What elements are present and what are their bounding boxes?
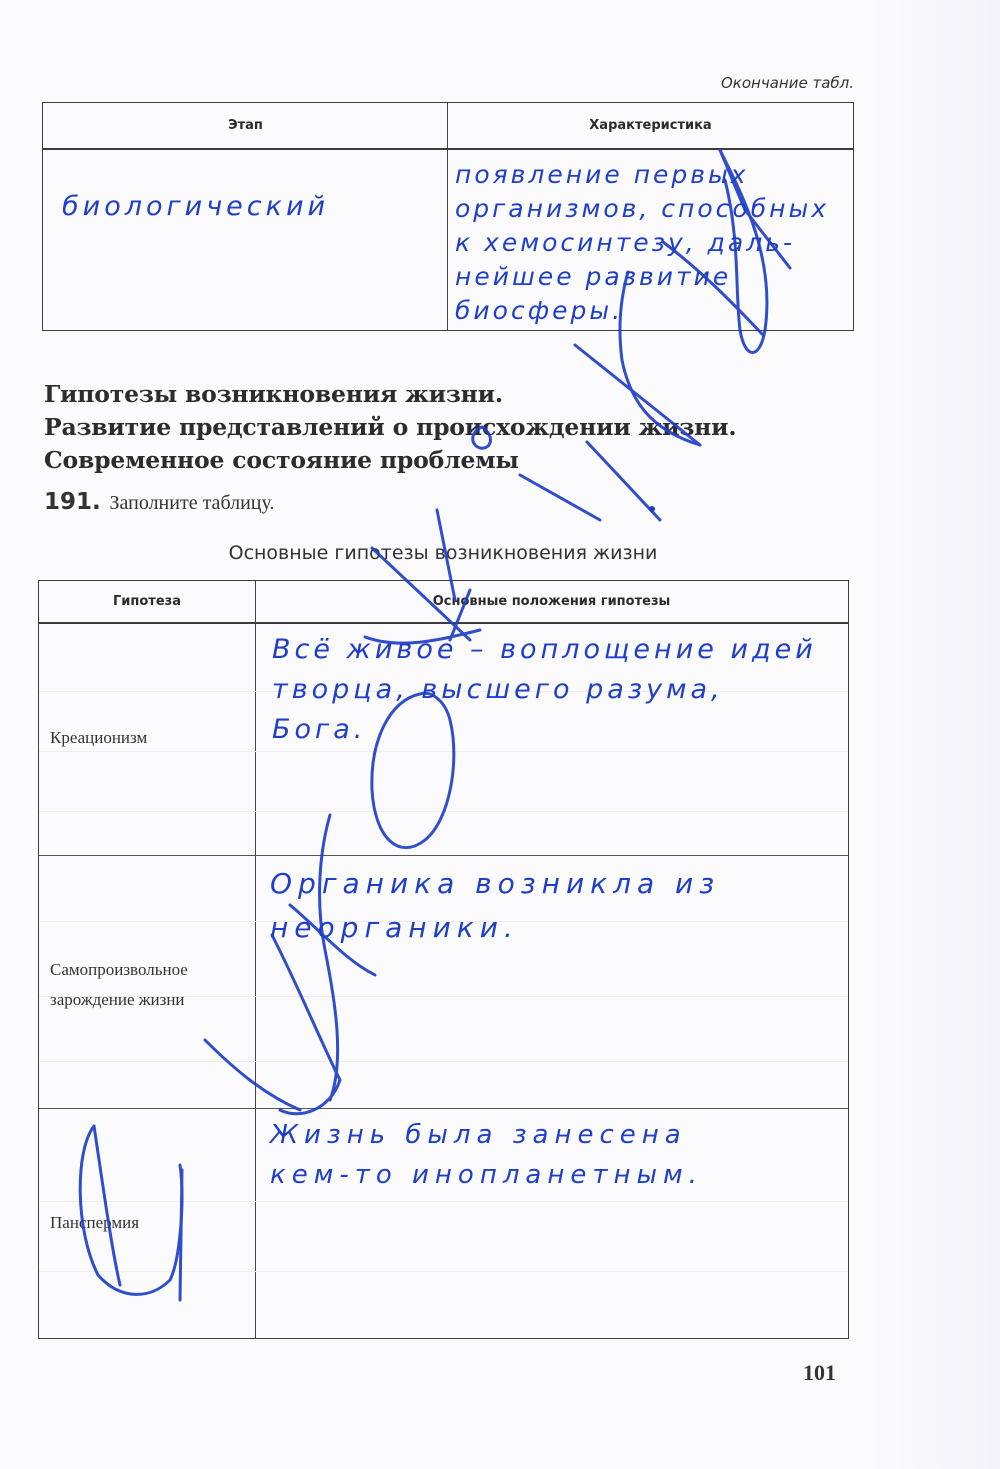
table-caption: Основные гипотезы возникновения жизни bbox=[38, 542, 848, 564]
continuation-label: Окончание табл. bbox=[721, 74, 854, 92]
hypothesis-spontaneous-generation: Самопроизвольное зарождение жизни bbox=[50, 955, 255, 1015]
row-divider bbox=[39, 855, 848, 856]
heading-line-2: Развитие представлений о происхождении ж… bbox=[44, 411, 736, 444]
page-number: 101 bbox=[803, 1360, 836, 1386]
header-main-points: Основные положения гипотезы bbox=[255, 581, 848, 622]
task-instruction: Заполните таблицу. bbox=[110, 492, 275, 514]
column-divider bbox=[447, 103, 448, 330]
heading-line-3: Современное состояние проблемы bbox=[44, 444, 736, 477]
handwritten-answer-creationism[interactable]: Всё живое – воплощение идей творца, высш… bbox=[272, 630, 817, 750]
heading-line-1: Гипотезы возникновения жизни. bbox=[44, 378, 736, 411]
hypotheses-table-header: Гипотеза Основные положения гипотезы bbox=[39, 581, 848, 624]
hypothesis-panspermia: Панспермия bbox=[50, 1208, 255, 1238]
handwritten-stage[interactable]: биологический bbox=[62, 192, 329, 222]
ruling-line bbox=[39, 811, 848, 812]
ruling-line bbox=[39, 1061, 848, 1062]
stage-table-header: Этап Характеристика bbox=[43, 103, 853, 150]
section-heading: Гипотезы возникновения жизни. Развитие п… bbox=[44, 378, 736, 477]
ink-dot bbox=[649, 506, 655, 512]
handwritten-characteristic[interactable]: появление первых организмов, способных к… bbox=[455, 158, 829, 328]
header-hypothesis: Гипотеза bbox=[39, 581, 255, 622]
page-edge-shadow bbox=[870, 0, 1000, 1469]
header-stage: Этап bbox=[43, 103, 448, 148]
handwritten-answer-panspermia[interactable]: Жизнь была занесена кем-то инопланетным. bbox=[270, 1115, 703, 1195]
header-characteristic: Характеристика bbox=[448, 103, 853, 148]
ruling-line bbox=[39, 1201, 848, 1202]
handwritten-answer-spontaneous[interactable]: Органика возникла из неорганики. bbox=[270, 862, 720, 950]
ruling-line bbox=[39, 1271, 848, 1272]
task-191: 191. Заполните таблицу. bbox=[44, 489, 275, 515]
task-number: 191. bbox=[44, 489, 101, 515]
column-divider bbox=[255, 581, 256, 1338]
row-divider bbox=[39, 1108, 848, 1109]
hypothesis-creationism: Креационизм bbox=[50, 723, 255, 753]
